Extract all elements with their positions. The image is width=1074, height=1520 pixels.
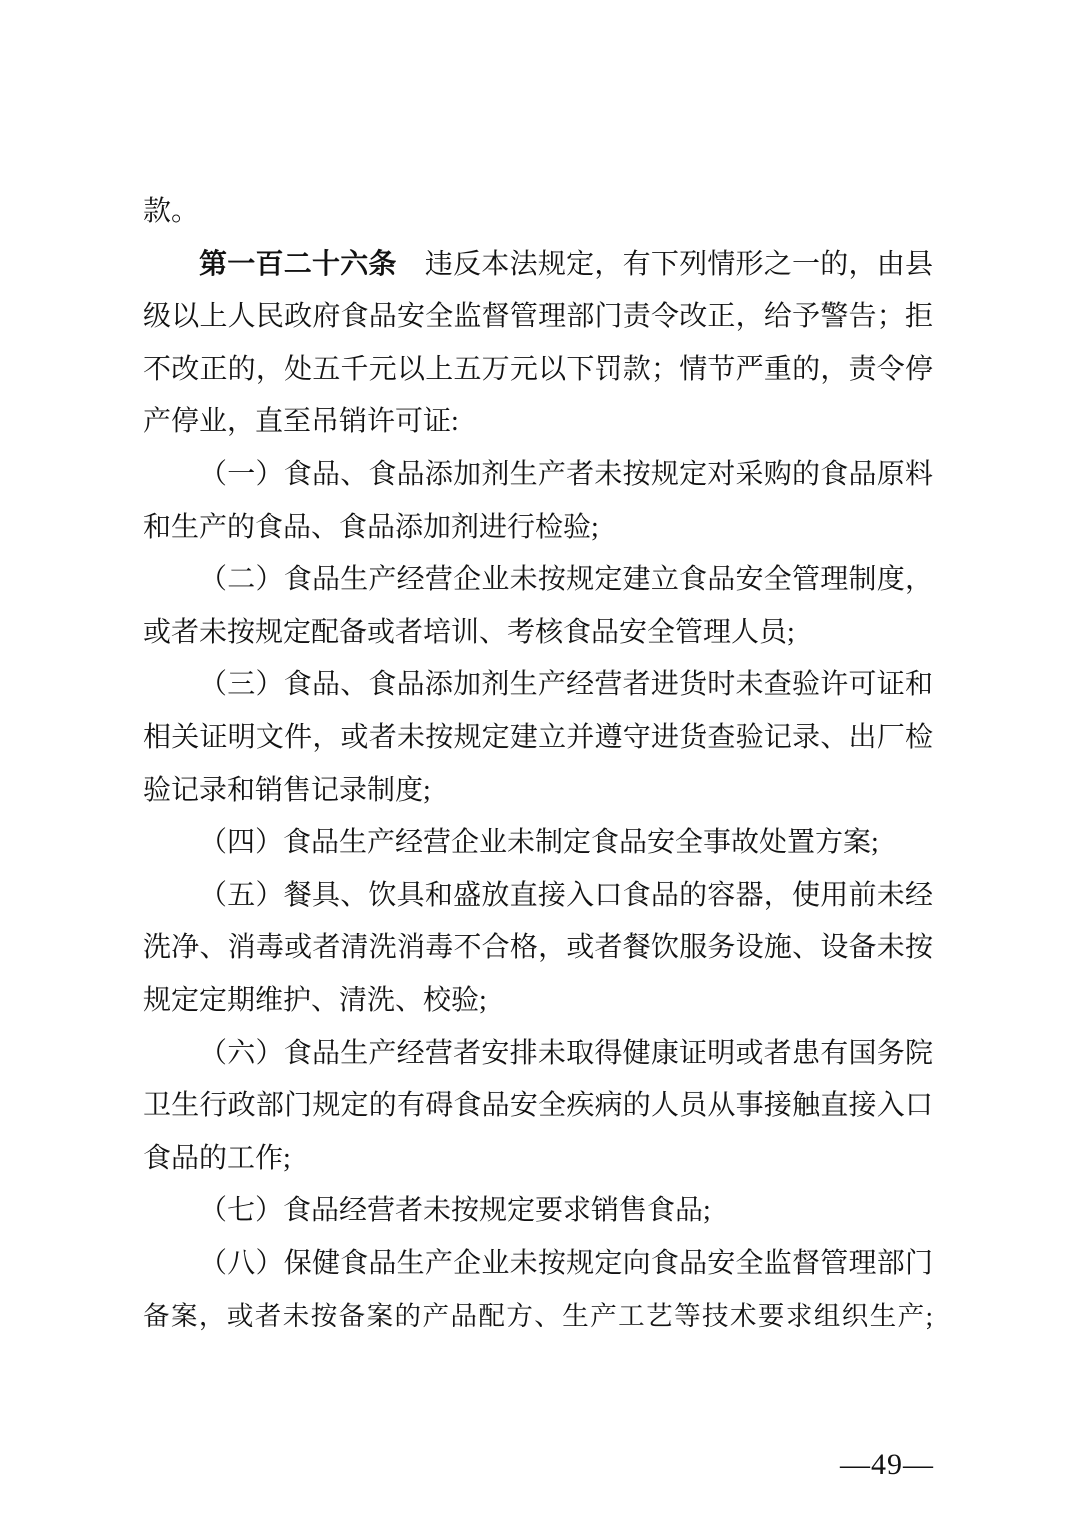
item-4-line: （四）食品生产经营企业未制定食品安全事故处置方案; xyxy=(143,817,933,870)
document-page: 款。 第一百二十六条 违反本法规定，有下列情形之一的，由县 级以上人民政府食品安… xyxy=(0,0,1074,1520)
item-2-line: （二）食品生产经营企业未按规定建立食品安全管理制度， xyxy=(143,554,933,607)
text-line: 相关证明文件，或者未按规定建立并遵守进货查验记录、出厂检 xyxy=(143,712,933,765)
item-1-line: （一）食品、食品添加剂生产者未按规定对采购的食品原料 xyxy=(143,449,933,502)
document-body: 款。 第一百二十六条 违反本法规定，有下列情形之一的，由县 级以上人民政府食品安… xyxy=(143,186,933,1343)
article-number: 第一百二十六条 xyxy=(199,249,397,280)
text-line: 或者未按规定配备或者培训、考核食品安全管理人员; xyxy=(143,607,933,660)
text-line: 级以上人民政府食品安全监督管理部门责令改正，给予警告；拒 xyxy=(143,291,933,344)
text-line: 款。 xyxy=(143,186,933,239)
item-3-line: （三）食品、食品添加剂生产经营者进货时未查验许可证和 xyxy=(143,659,933,712)
page-number: —49— xyxy=(840,1448,934,1482)
item-7-line: （七）食品经营者未按规定要求销售食品; xyxy=(143,1185,933,1238)
text-line: 产停业，直至吊销许可证: xyxy=(143,396,933,449)
article-heading-line: 第一百二十六条 违反本法规定，有下列情形之一的，由县 xyxy=(143,239,933,292)
item-6-line: （六）食品生产经营者安排未取得健康证明或者患有国务院 xyxy=(143,1028,933,1081)
item-8-line: （八）保健食品生产企业未按规定向食品安全监督管理部门 xyxy=(143,1238,933,1291)
text-line: 卫生行政部门规定的有碍食品安全疾病的人员从事接触直接入口 xyxy=(143,1080,933,1133)
text-line: 洗净、消毒或者清洗消毒不合格，或者餐饮服务设施、设备未按 xyxy=(143,922,933,975)
text-line: 食品的工作; xyxy=(143,1133,933,1186)
text-line: 验记录和销售记录制度; xyxy=(143,765,933,818)
text-line: 规定定期维护、清洗、校验; xyxy=(143,975,933,1028)
item-5-line: （五）餐具、饮具和盛放直接入口食品的容器，使用前未经 xyxy=(143,870,933,923)
text-line: 和生产的食品、食品添加剂进行检验; xyxy=(143,502,933,555)
article-text: 违反本法规定，有下列情形之一的，由县 xyxy=(397,249,933,280)
text-line: 不改正的，处五千元以上五万元以下罚款；情节严重的，责令停 xyxy=(143,344,933,397)
text-line: 备案，或者未按备案的产品配方、生产工艺等技术要求组织生产; xyxy=(143,1290,933,1343)
